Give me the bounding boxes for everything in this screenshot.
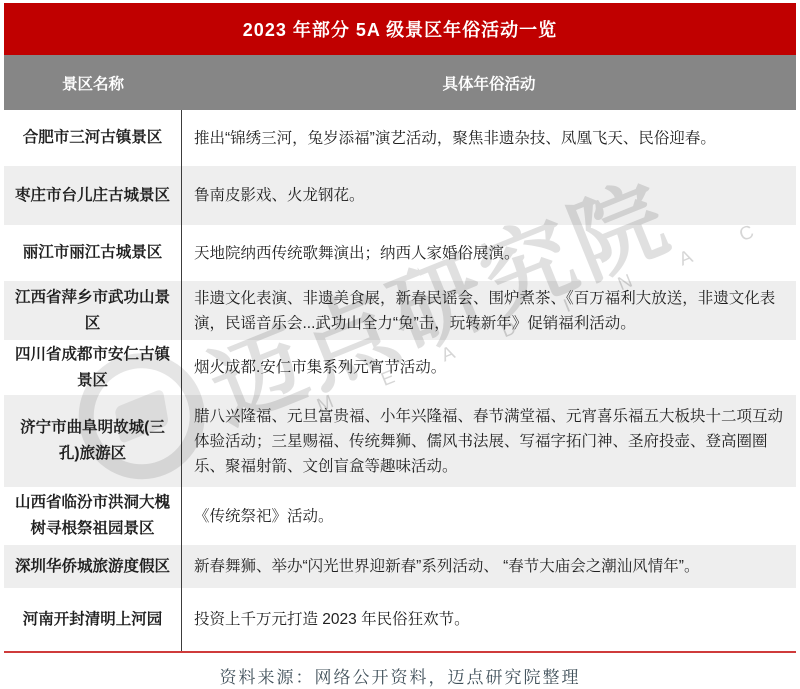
activity-cell: 《传统祭祀》活动。 [182,487,796,545]
activity-table: 2023 年部分 5A 级景区年俗活动一览 景区名称 具体年俗活动 合肥市三河古… [4,3,796,688]
activity-cell: 腊八兴隆福、元旦富贵福、小年兴隆福、春节满堂福、元宵喜乐福五大板块十二项互动体验… [182,395,796,487]
scenic-area-name-cell: 山西省临汾市洪洞大槐树寻根祭祖园景区 [4,487,182,545]
scenic-area-name-cell: 丽江市丽江古城景区 [4,225,182,281]
table-row: 山西省临汾市洪洞大槐树寻根祭祖园景区 《传统祭祀》活动。 [4,487,796,545]
scenic-area-name-cell: 济宁市曲阜明故城(三孔)旅游区 [4,395,182,487]
table-bottom-rule [4,651,796,653]
activity-cell: 新春舞狮、举办“闪光世界迎新春”系列活动、 “春节大庙会之潮汕风情年”。 [182,545,796,588]
header-activity: 具体年俗活动 [182,55,796,110]
scenic-area-name-cell: 深圳华侨城旅游度假区 [4,545,182,588]
table-title: 2023 年部分 5A 级景区年俗活动一览 [4,3,796,55]
table-row: 丽江市丽江古城景区 天地院纳西传统歌舞演出；纳西人家婚俗展演。 [4,225,796,281]
table-row: 枣庄市台儿庄古城景区 鲁南皮影戏、火龙钢花。 [4,166,796,225]
table-row: 江西省萍乡市武功山景区 非遗文化表演、非遗美食展，新春民谣会、围炉煮茶、《百万福… [4,281,796,340]
table-row: 河南开封清明上河园 投资上千万元打造 2023 年民俗狂欢节。 [4,588,796,651]
scenic-area-name-cell: 江西省萍乡市武功山景区 [4,281,182,340]
scenic-area-name-cell: 河南开封清明上河园 [4,588,182,651]
page: 迈点研究院 M E A D I N A C A D E M Y 2023 年部分… [0,0,800,689]
scenic-area-name-cell: 四川省成都市安仁古镇景区 [4,340,182,395]
activity-cell: 推出“锦绣三河，兔岁添福”演艺活动，聚焦非遗杂技、凤凰飞天、民俗迎春。 [182,110,796,166]
scenic-area-name-cell: 枣庄市台儿庄古城景区 [4,166,182,225]
table-row: 四川省成都市安仁古镇景区 烟火成都.安仁市集系列元宵节活动。 [4,340,796,395]
activity-cell: 投资上千万元打造 2023 年民俗狂欢节。 [182,588,796,651]
data-source-note: 资料来源：网络公开资料，迈点研究院整理 [4,663,796,688]
activity-cell: 非遗文化表演、非遗美食展，新春民谣会、围炉煮茶、《百万福利大放送，非遗文化表演，… [182,281,796,340]
scenic-area-name-cell: 合肥市三河古镇景区 [4,110,182,166]
table-header-row: 景区名称 具体年俗活动 [4,55,796,110]
table-row: 合肥市三河古镇景区 推出“锦绣三河，兔岁添福”演艺活动，聚焦非遗杂技、凤凰飞天、… [4,110,796,166]
activity-cell: 鲁南皮影戏、火龙钢花。 [182,166,796,225]
header-scenic-area-name: 景区名称 [4,55,182,110]
activity-cell: 烟火成都.安仁市集系列元宵节活动。 [182,340,796,395]
table-row: 深圳华侨城旅游度假区 新春舞狮、举办“闪光世界迎新春”系列活动、 “春节大庙会之… [4,545,796,588]
table-row: 济宁市曲阜明故城(三孔)旅游区 腊八兴隆福、元旦富贵福、小年兴隆福、春节满堂福、… [4,395,796,487]
activity-cell: 天地院纳西传统歌舞演出；纳西人家婚俗展演。 [182,225,796,281]
